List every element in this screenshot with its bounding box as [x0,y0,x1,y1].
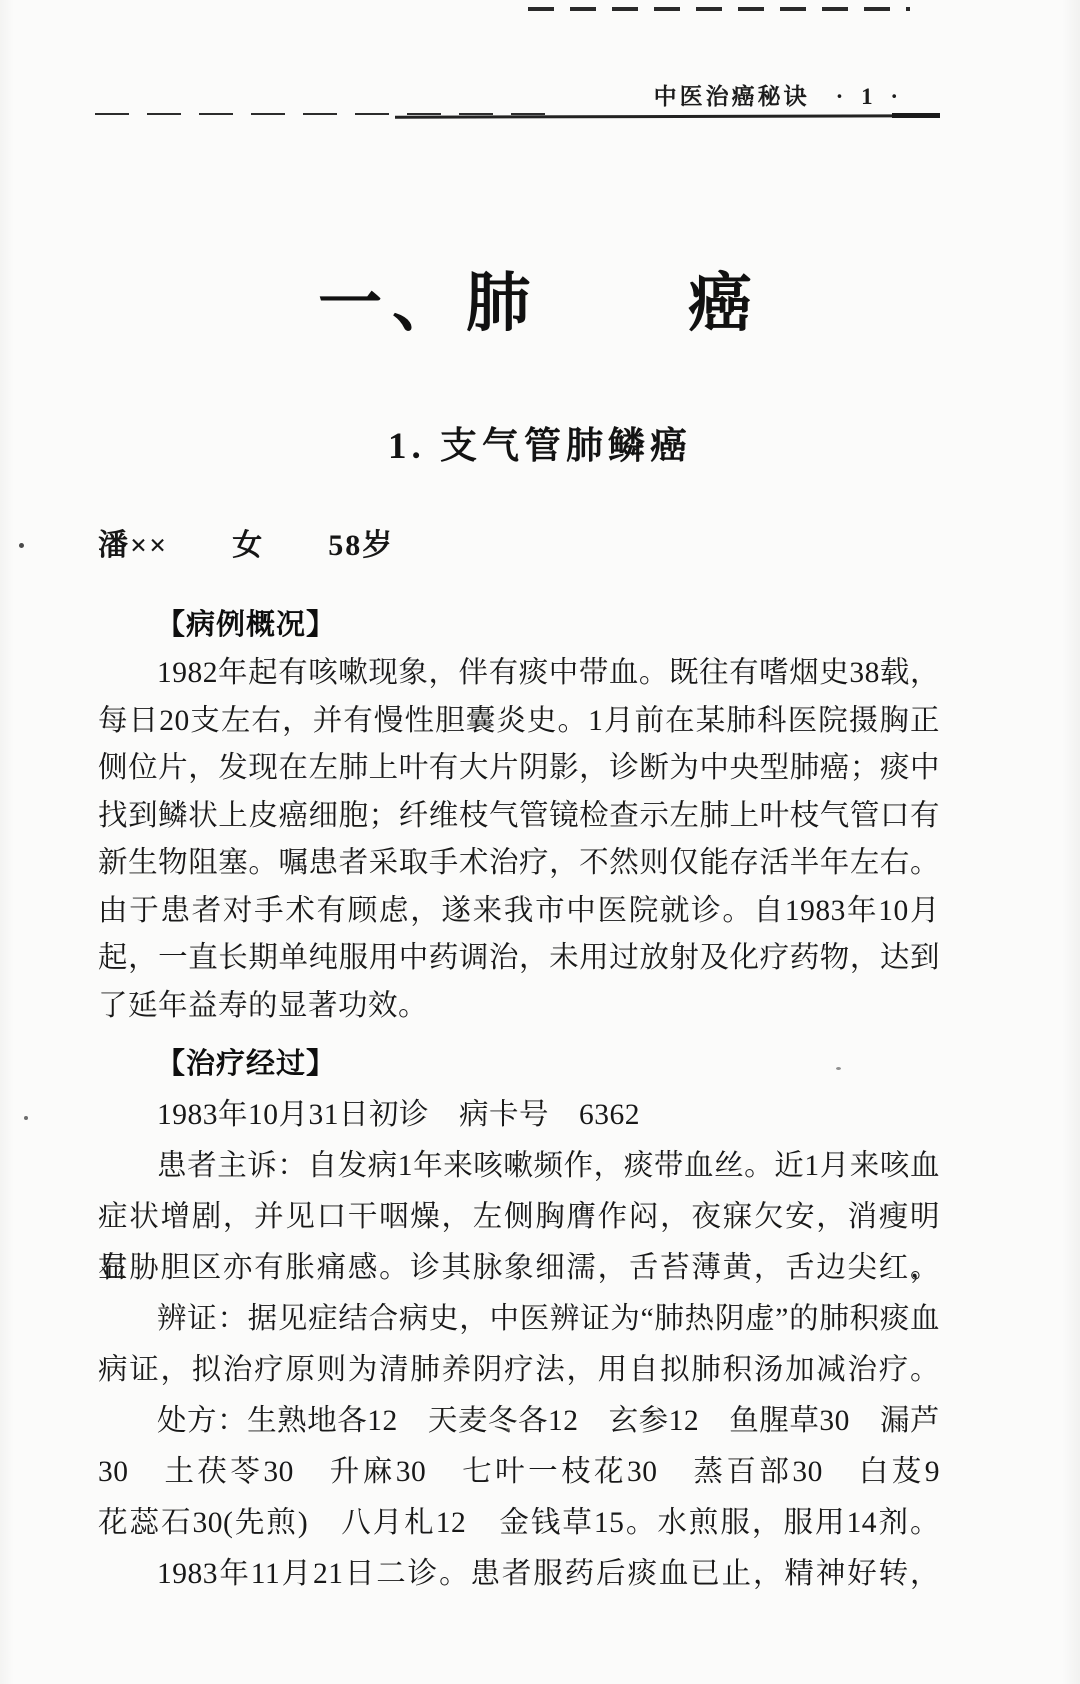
scan-speck [24,1116,28,1120]
page-number: · 1 · [836,84,904,109]
body-line: 患者主诉：自发病1年来咳嗽频作，痰带血丝。近1月来咳血 [98,1141,940,1192]
body-line: 侧位片，发现在左肺上叶有大片阴影，诊断为中央型肺癌；痰中 [98,745,940,793]
body-line: 起，一直长期单纯服用中药调治，未用过放射及化疗药物，达到 [98,935,940,983]
body-text: 【病例概况】 1982年起有咳嗽现象，伴有痰中带血。既往有嗜烟史38载， 每日2… [98,600,940,1600]
scan-speck [836,1067,841,1070]
body-line: 了延年益寿的显著功效。 [98,983,940,1031]
header-rule-solid-segment [395,114,940,118]
section-heading-treatment-course: 【治疗经过】 [98,1038,940,1090]
body-line: 30 土茯苓30 升麻30 七叶一枝花30 蒸百部30 白芨9 [98,1447,940,1498]
chapter-title: 一、肺 癌 [0,252,1080,344]
body-line: 花蕊石30(先煎) 八月札12 金钱草15。水煎服，服用14剂。 [98,1498,940,1549]
treatment-course-paragraphs: 1983年10月31日初诊 病卡号 6362 患者主诉：自发病1年来咳嗽频作，痰… [98,1090,940,1600]
body-line: 每日20支左右，并有慢性胆囊炎史。1月前在某肺科医院摄胸正 [98,698,940,746]
scan-speck [19,543,24,548]
case-overview-paragraphs: 1982年起有咳嗽现象，伴有痰中带血。既往有嗜烟史38载， 每日20支左右，并有… [98,650,940,1030]
scan-speck [506,1428,510,1432]
section-subtitle: 1. 支气管肺鳞癌 [0,415,1080,469]
header-rule-end-blob [892,113,940,118]
body-line: 由于患者对手术有顾虑，遂来我市中医院就诊。自1983年10月 [98,888,940,936]
top-dashed-rule [528,7,910,11]
header-rule [95,113,940,123]
body-line: 1983年10月31日初诊 病卡号 6362 [98,1090,940,1141]
body-line: 1983年11月21日二诊。患者服药后痰血已止，精神好转， [98,1549,940,1600]
section-heading-case-overview: 【病例概况】 [98,600,940,650]
body-line: 处方：生熟地各12 天麦冬各12 玄参12 鱼腥草30 漏芦 [98,1396,940,1447]
running-header: 中医治癌秘诀· 1 · [654,78,904,111]
body-line: 症状增剧，并见口干咽燥，左侧胸膺作闷，夜寐欠安，消瘦明显， [98,1192,940,1243]
body-line: 辨证：据见症结合病史，中医辨证为“肺热阴虚”的肺积痰血 [98,1294,940,1345]
patient-info: 潘×× 女 58岁 [98,520,394,564]
body-line: 病证，拟治疗原则为清肺养阴疗法，用自拟肺积汤加减治疗。 [98,1345,940,1396]
book-title: 中医治癌秘诀 [654,84,810,109]
body-line: 新生物阻塞。嘱患者采取手术治疗，不然则仅能存活半年左右。 [98,840,940,888]
body-line: 右胁胆区亦有胀痛感。诊其脉象细濡，舌苔薄黄，舌边尖红。 [98,1243,940,1294]
body-line: 1982年起有咳嗽现象，伴有痰中带血。既往有嗜烟史38载， [98,650,940,698]
body-line: 找到鳞状上皮癌细胞；纤维枝气管镜检查示左肺上叶枝气管口有 [98,793,940,841]
